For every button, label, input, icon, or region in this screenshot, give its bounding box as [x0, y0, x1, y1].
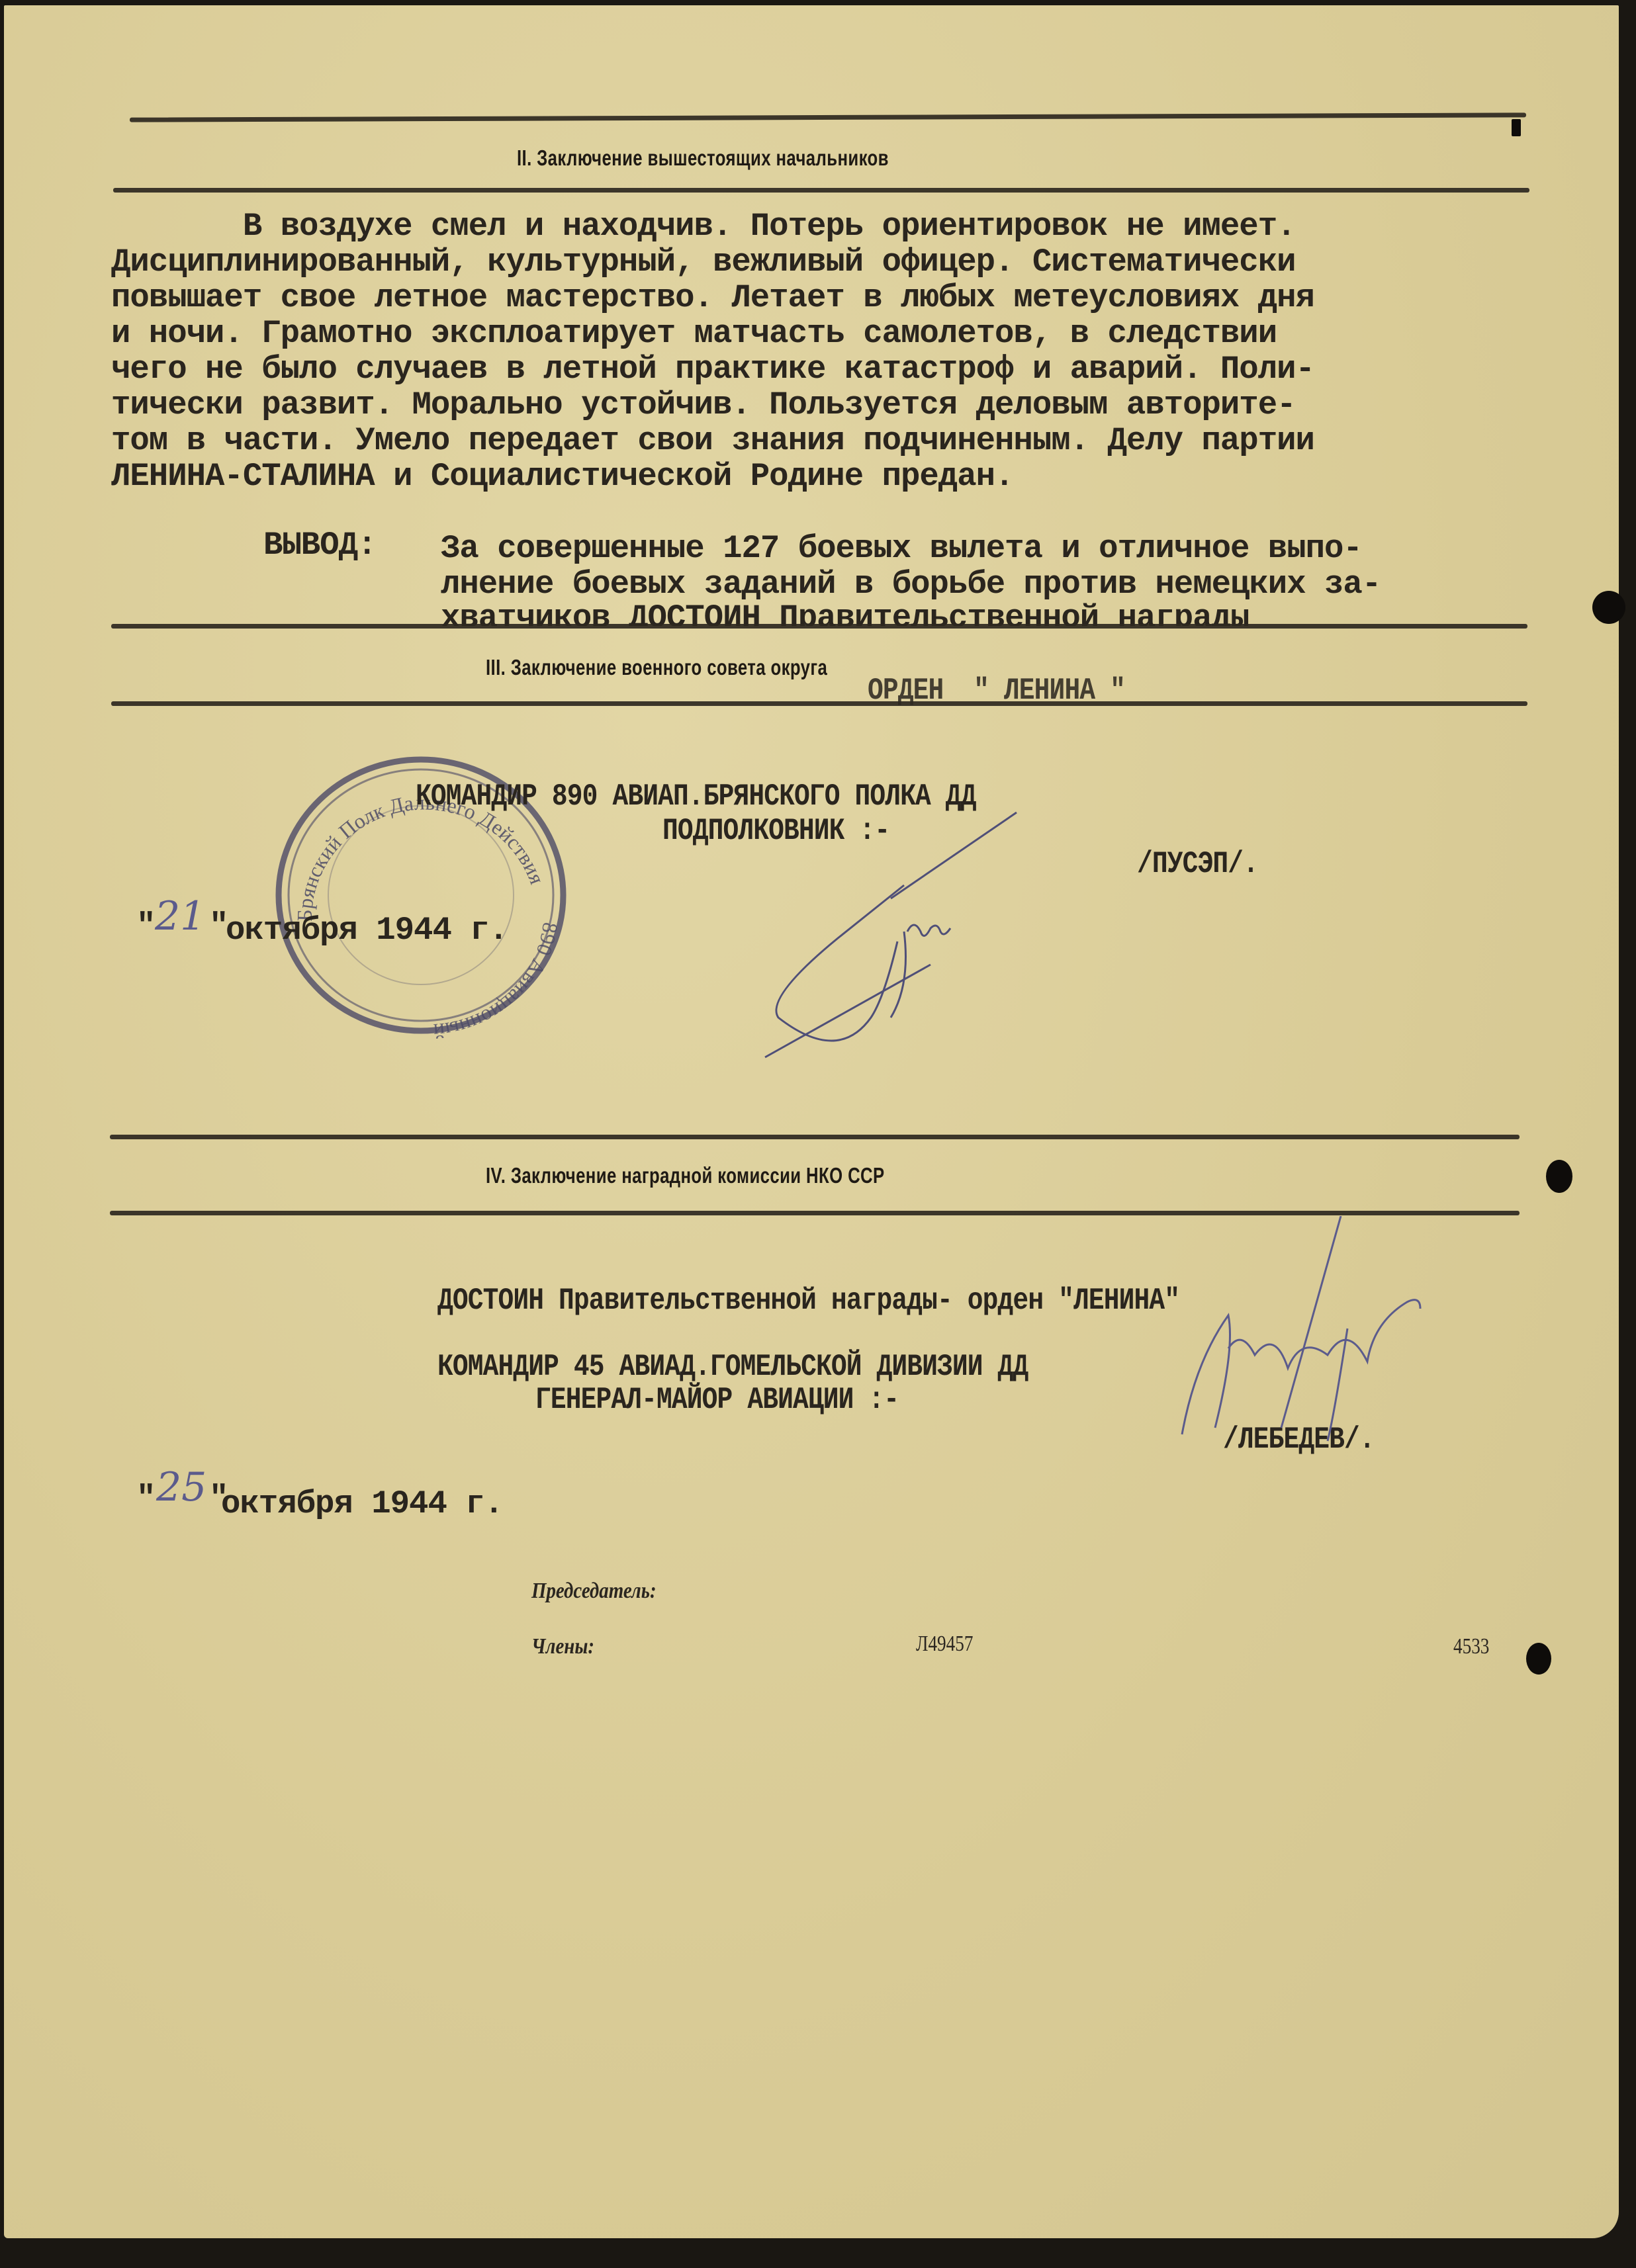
section-4-rule	[110, 1211, 1520, 1215]
document-page: II. Заключение вышестоящих начальников В…	[4, 5, 1619, 2238]
section-2-rule	[113, 188, 1529, 193]
body-line: чего не было случаев в летной практике к…	[111, 352, 1314, 387]
body-line: повышает свое летное мастерство. Летает …	[111, 281, 1314, 316]
section-4-signer-rank: ГЕНЕРАЛ-МАЙОР АВИАЦИИ :-	[535, 1383, 899, 1418]
top-rule	[130, 112, 1526, 122]
chairman-label: Председатель:	[531, 1579, 657, 1604]
punch-hole	[1546, 1160, 1572, 1193]
section-2-end-rule	[111, 624, 1527, 629]
conclusion-label: ВЫВОД:	[263, 528, 376, 563]
punch-hole	[1526, 1643, 1551, 1675]
conclusion-line: За совершенные 127 боевых вылета и отлич…	[441, 531, 1362, 566]
section-3-signer-name: /ПУСЭП/.	[1137, 847, 1258, 882]
body-line: тически развит. Морально устойчив. Польз…	[111, 388, 1296, 423]
body-line: том в части. Умело передает свои знания …	[111, 423, 1314, 458]
members-label: Члены:	[531, 1634, 594, 1659]
conclusion-line: хватчиков ДОСТОИН Правительственной нагр…	[441, 601, 1249, 636]
sheet-number: 4533	[1453, 1634, 1489, 1659]
section-2-heading: II. Заключение вышестоящих начальников	[517, 146, 889, 171]
section-3-rule	[111, 701, 1527, 706]
body-line: ЛЕНИНА-СТАЛИНА и Социалистической Родине…	[111, 459, 1013, 494]
punch-hole	[1512, 119, 1521, 136]
section-4-top-rule	[110, 1135, 1520, 1139]
handwritten-day: 21	[155, 893, 205, 939]
body-line: и ночи. Грамотно эксплоатирует матчасть …	[111, 316, 1277, 351]
handwritten-day: 25	[156, 1464, 206, 1510]
section-4-signer-title: КОМАНДИР 45 АВИАД.ГОМЕЛЬСКОЙ ДИВИЗИИ ДД	[437, 1350, 1028, 1385]
conclusion-line: лнение боевых заданий в борьбе против не…	[441, 567, 1381, 602]
section-3-heading: III. Заключение военного совета округа	[486, 655, 827, 680]
body-line: Дисциплинированный, культурный, вежливый…	[111, 245, 1296, 280]
date-text: октября 1944 г.	[226, 913, 508, 948]
body-line: В воздухе смел и находчив. Потерь ориент…	[111, 209, 1296, 244]
date-text: октября 1944 г.	[221, 1487, 503, 1522]
form-number: Л49457	[916, 1632, 973, 1657]
signature-pusep	[739, 799, 1109, 1064]
punch-hole	[1592, 591, 1625, 624]
signature-lebedev	[1063, 1216, 1539, 1467]
section-4-heading: IV. Заключение наградной комиссии НКО СС…	[486, 1163, 885, 1188]
